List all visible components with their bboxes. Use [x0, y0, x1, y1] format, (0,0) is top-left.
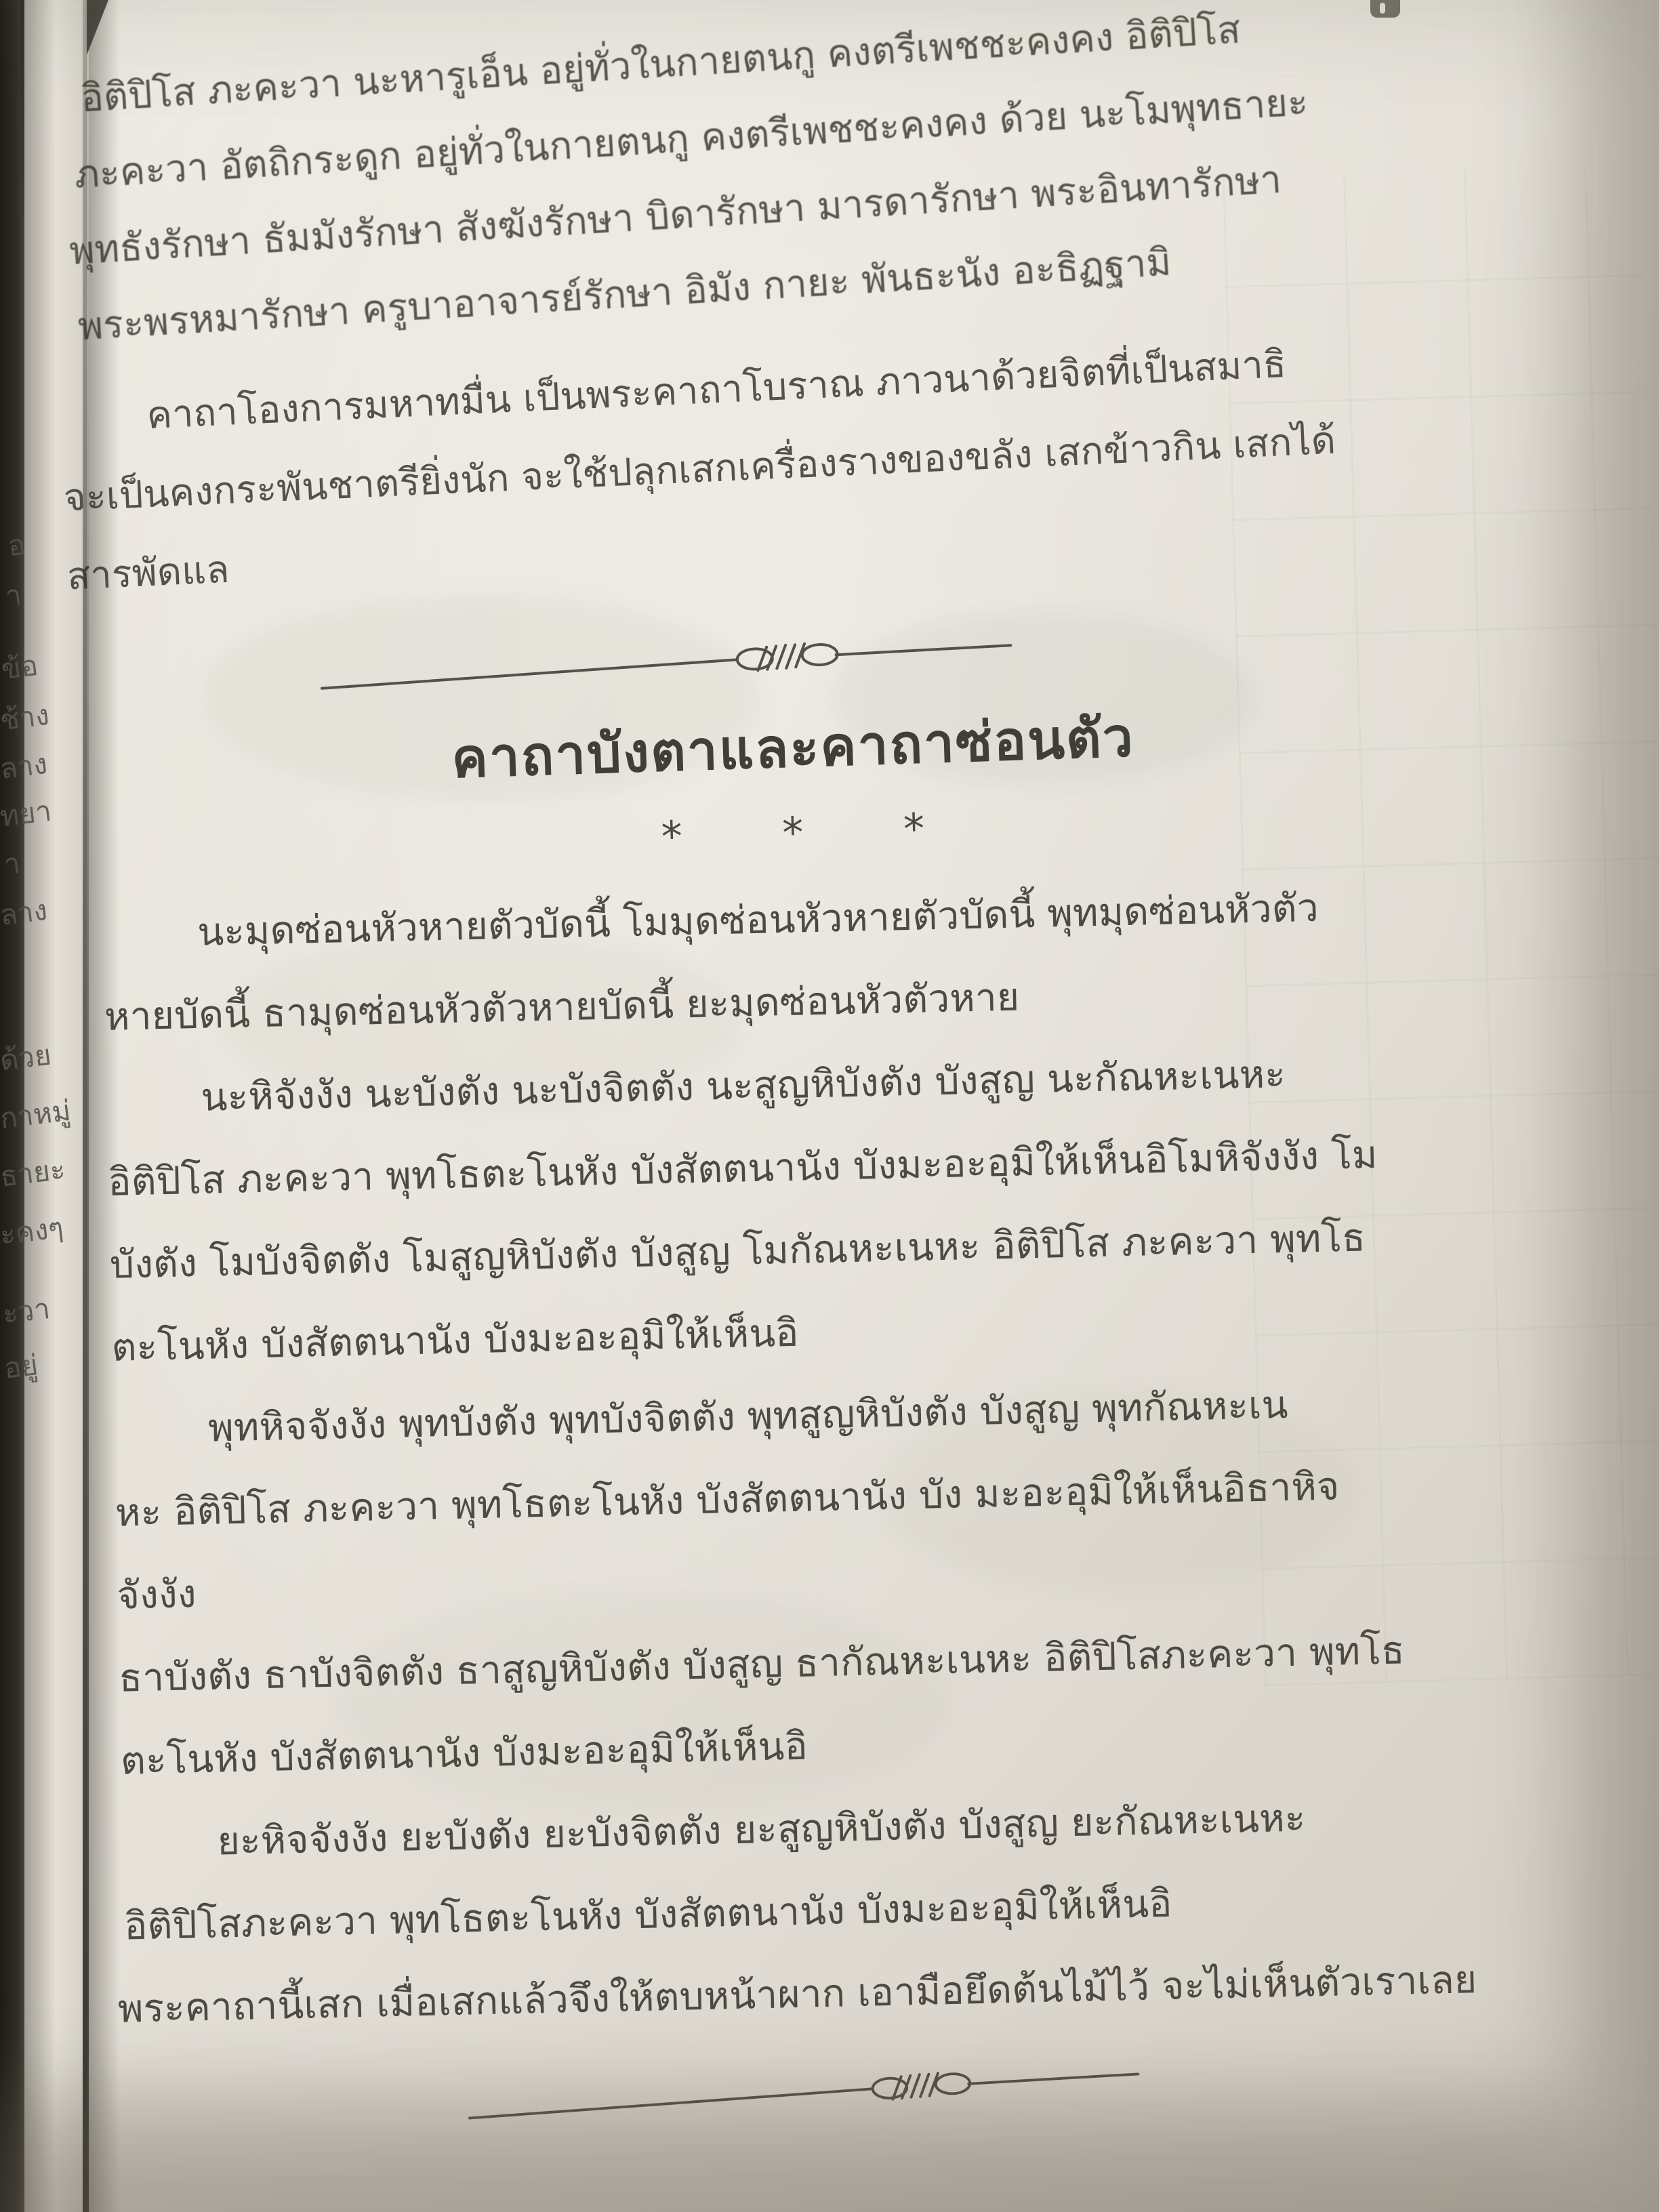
book-page-photo: อ า ข้อ ช้าง ลาง ทยา า ลาง ด้วย กาหมู่ ธ… — [0, 0, 1659, 2212]
page-edge-text-fragment: ะคงๆ — [0, 1206, 66, 1258]
carryover-spell-paragraph: อิติปิโส ภะคะวา นะหารูเอ็น อยู่ทั่วในกาย… — [58, 0, 1319, 365]
page-gutter-crease — [83, 0, 89, 2212]
page-corner-mark — [1370, 0, 1400, 18]
page-edge-text-fragment: อยู่ — [1, 1343, 41, 1391]
page-edge-text-fragment: ข้อ — [0, 643, 41, 692]
page-edge-text-fragment: ลาง — [0, 888, 50, 938]
spell-paragraph: ยะหิจจังงัง ยะบังตัง ยะบังจิตตัง ยะสูญหิ… — [121, 1773, 1476, 1967]
page-edge-text-fragment: ธายะ — [0, 1147, 68, 1199]
scroll-divider-icon — [464, 2060, 1143, 2127]
spell-paragraph: พุทหิจจังงัง พุทบังตัง พุทบังจิตตัง พุทส… — [112, 1359, 1469, 1637]
scroll-divider-icon — [316, 630, 1016, 698]
star-glyph: * — [661, 811, 683, 861]
spell-paragraph: นะมุดซ่อนหัวหายตัวบัดนี้ โมมุดซ่อนหัวหาย… — [102, 864, 1456, 1059]
spell-paragraph: ธาบังตัง ธาบังจิตตัง ธาสูญหิบังตัง บังสู… — [118, 1607, 1473, 1802]
page-edge-text-fragment: ะวา — [0, 1286, 52, 1336]
spell-paragraph: นะหิจังงัง นะบังตัง นะบังจิตตัง นะสูญหิบ… — [105, 1029, 1463, 1389]
page-edge-text-fragment: ด้วย — [0, 1033, 54, 1084]
star-glyph: * — [903, 804, 925, 854]
spell-text-body: นะมุดซ่อนหัวหายตัวบัดนี้ โมมุดซ่อนหัวหาย… — [102, 864, 1477, 2051]
section-divider — [464, 2060, 1143, 2127]
section-divider — [316, 630, 1016, 698]
page-edge-text-fragment: กาหมู่ — [0, 1088, 73, 1141]
spell-usage-note: คาถาโองการมหาทมื่น เป็นพระคาถาโบราณ ภาวน… — [58, 323, 1341, 617]
star-glyph: * — [781, 808, 804, 858]
